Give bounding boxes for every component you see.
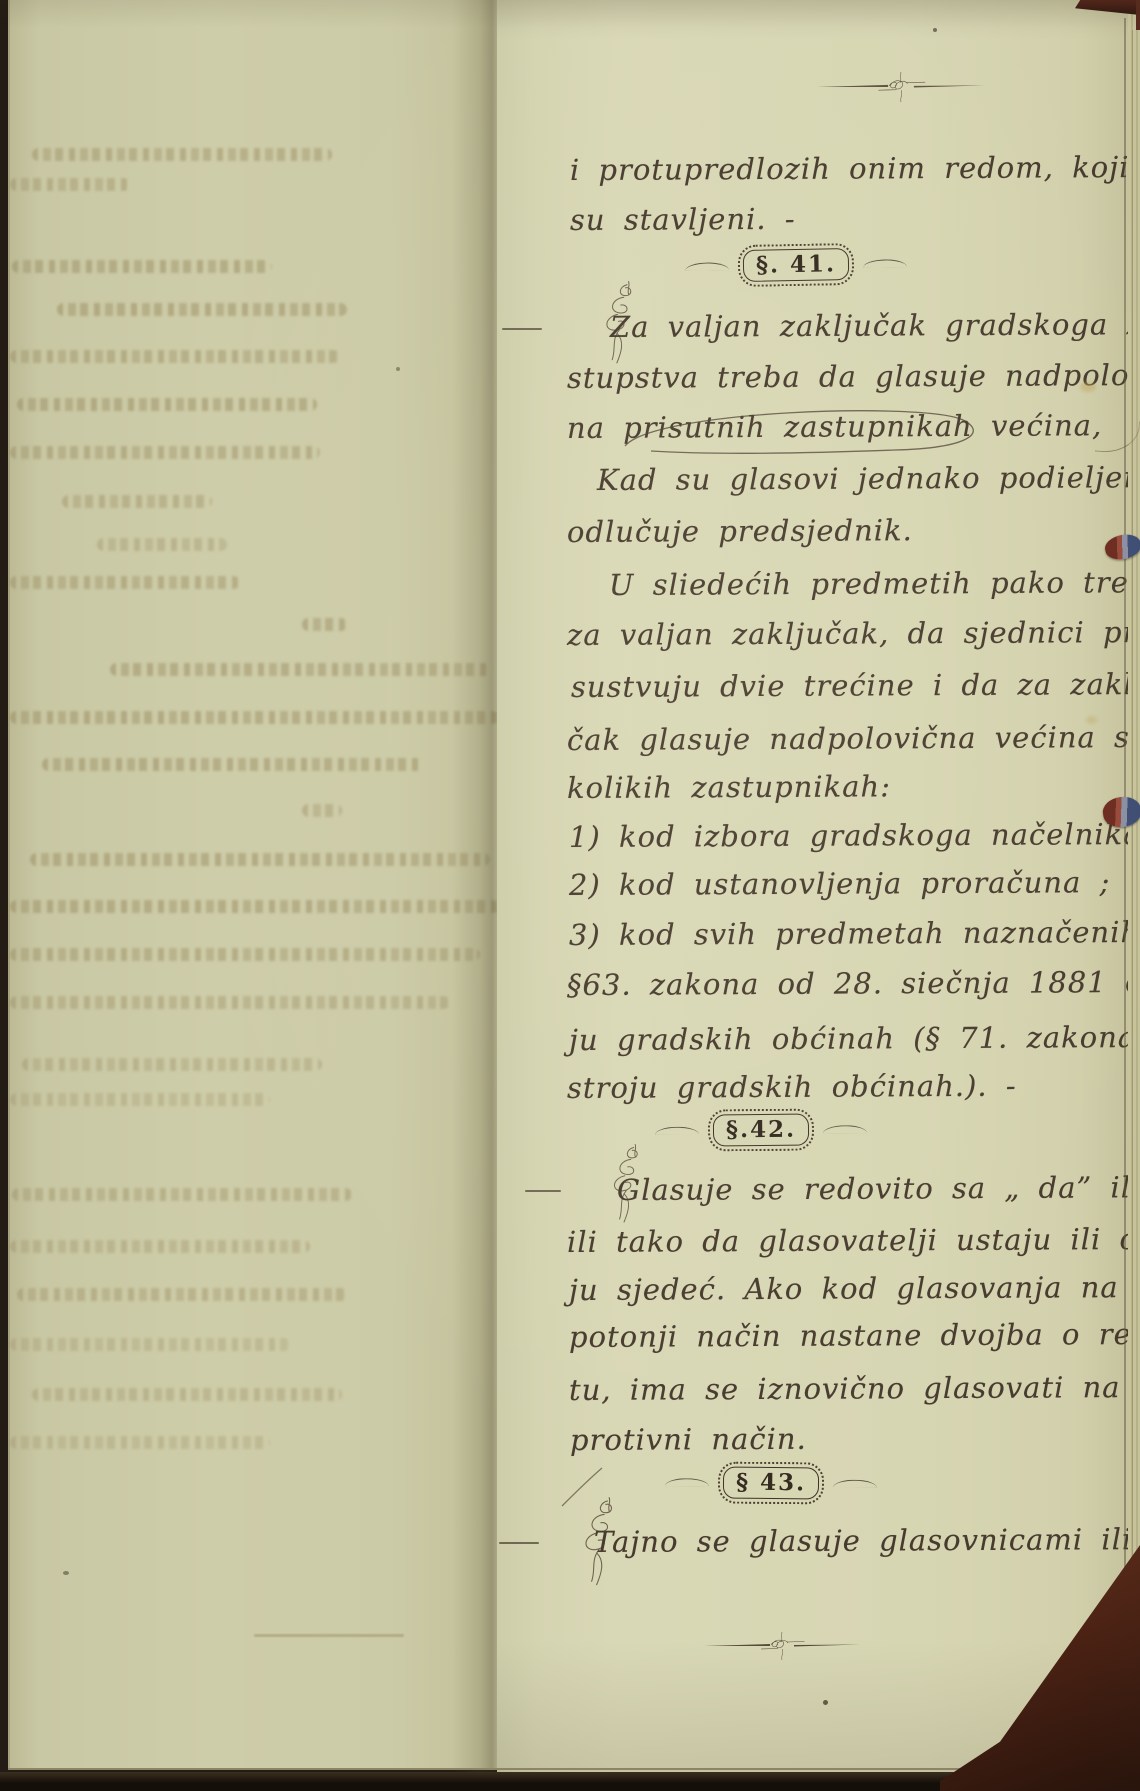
manuscript-line: ju sjedeć. Ako kod glasovanja na ovaj: [569, 1265, 1128, 1312]
manuscript-line: U sliedećih predmetih pako treba: [609, 560, 1128, 607]
book-cover-edge: [1136, 0, 1140, 30]
bleedthrough-text-line: [12, 260, 272, 273]
section-heading-label: §.42.: [713, 1114, 809, 1147]
page-edge: [1132, 30, 1133, 1730]
manuscript-line: Glasuje se redovito sa „ da” ili „ ne: [617, 1165, 1128, 1212]
bleedthrough-text-line: [32, 1388, 342, 1401]
bleedthrough-text-line: [10, 711, 499, 724]
top-flourish-divider: [815, 58, 987, 116]
stacked-page-edges: [1128, 10, 1140, 1772]
manuscript-line: su stavljeni. -: [570, 197, 796, 242]
manuscript-line: kolikih zastupnikah:: [567, 764, 891, 810]
ink-speck: [933, 28, 937, 32]
bleedthrough-divider: [254, 1634, 404, 1637]
cartouche-dash-icon: [685, 262, 729, 271]
manuscript-line: sustvuju dvie trećine i da za zaklju-: [571, 662, 1128, 709]
manuscript-line: ili tako da glasovatelji ustaju ili osta: [567, 1217, 1128, 1264]
bleedthrough-text-line: [10, 996, 450, 1009]
bleedthrough-text-line: [10, 446, 320, 459]
manuscript-line: protivni način.: [570, 1417, 807, 1462]
cartouche-dash-icon: [833, 1480, 877, 1488]
pen-dash: [499, 1542, 539, 1544]
bleedthrough-text-line: [10, 178, 130, 191]
bleedthrough-text-line: [22, 1058, 322, 1071]
bleedthrough-text-line: [12, 1188, 352, 1201]
bleedthrough-text-line: [17, 1288, 347, 1301]
page-edge: [8, 1768, 988, 1770]
gutter-fold-shadow: [452, 0, 502, 1772]
bleedthrough-text-line: [10, 948, 480, 961]
section-heading-41: §. 41.: [685, 242, 908, 288]
bleedthrough-text-line: [10, 1093, 270, 1106]
bleedthrough-text-line: [32, 148, 332, 161]
manuscript-page: i protupredlozih onim redom, kojim su st…: [497, 0, 1128, 1772]
cartouche-frame: § 43.: [718, 1462, 824, 1505]
bleedthrough-text-line: [10, 1436, 270, 1449]
ink-speck: [396, 367, 400, 371]
bleedthrough-text-line: [302, 618, 347, 631]
ink-speck: [63, 1571, 69, 1575]
manuscript-line: i protupredlozih onim redom, kojim: [570, 145, 1128, 192]
manuscript-line: stupstva treba da glasuje nadpolovič: [567, 353, 1128, 400]
manuscript-list-item: 3) kod svih predmetah naznačenih u: [569, 910, 1128, 957]
cartouche-dash-icon: [655, 1127, 699, 1135]
cartouche-frame: §. 41.: [738, 243, 855, 287]
bleedthrough-text-line: [97, 538, 227, 551]
bleedthrough-text-line: [10, 1338, 290, 1351]
bleedthrough-text-line: [302, 804, 342, 817]
section-heading-42: §.42.: [655, 1108, 867, 1152]
section-heading-label: § 43.: [723, 1467, 819, 1500]
manuscript-line: na prisutnih zastupnikah većina,: [567, 403, 1102, 450]
manuscript-list-item: 1) kod izbora gradskoga načelnika;: [569, 812, 1128, 859]
manuscript-line: tu, ima se iznovično glasovati na: [569, 1365, 1121, 1412]
manuscript-list-item: 2) kod ustanovljenja proračuna ;: [569, 860, 1111, 907]
section-heading-label: §. 41.: [743, 248, 850, 282]
bleedthrough-text-line: [42, 758, 422, 771]
manuscript-line: §63. zakona od 28. siečnja 1881 ob ustro: [567, 959, 1128, 1007]
bleedthrough-text-line: [17, 398, 317, 411]
section-heading-43: § 43.: [665, 1461, 877, 1505]
left-page-verso: [8, 0, 499, 1770]
bleedthrough-text-line: [62, 495, 212, 508]
manuscript-line: Za valjan zaključak gradskoga za: [610, 302, 1128, 349]
bleedthrough-text-line: [30, 853, 490, 866]
photographed-book-spread: i protupredlozih onim redom, kojim su st…: [0, 0, 1140, 1791]
bleedthrough-text-line: [10, 350, 340, 363]
pen-dash: [502, 328, 542, 330]
paper-stain: [1086, 716, 1097, 724]
ink-speck: [823, 1700, 828, 1705]
bleedthrough-text-line: [57, 303, 347, 316]
paper-stain: [1080, 382, 1096, 392]
bleedthrough-text-line: [10, 1240, 310, 1253]
manuscript-line: odlučuje predsjednik.: [567, 508, 913, 554]
manuscript-line: čak glasuje nadpolovična većina svi: [567, 715, 1128, 762]
pen-dash: [525, 1190, 561, 1192]
manuscript-line: stroju gradskih obćinah.). -: [567, 1064, 1017, 1110]
manuscript-line: potonji način nastane dvojba o rezulta: [569, 1312, 1128, 1359]
bleedthrough-text-line: [10, 900, 499, 913]
cartouche-dash-icon: [665, 1478, 709, 1486]
manuscript-line: Kad su glasovi jednako podieljeni: [597, 455, 1128, 502]
cartouche-dash-icon: [863, 259, 907, 268]
page-edge: [1124, 18, 1126, 1750]
cartouche-frame: §.42.: [708, 1109, 814, 1152]
manuscript-line: ju gradskih obćinah (§ 71. zakona ob u: [569, 1015, 1128, 1062]
manuscript-line: Tajno se glasuje glasovnicami ili: [594, 1517, 1128, 1564]
bleedthrough-text-line: [110, 663, 490, 676]
cartouche-dash-icon: [823, 1125, 867, 1133]
bleedthrough-text-line: [10, 576, 240, 589]
manuscript-line: za valjan zaključak, da sjednici pri-: [567, 610, 1128, 657]
bottom-flourish-divider: [702, 1618, 862, 1674]
pen-stroke: [560, 1466, 604, 1508]
